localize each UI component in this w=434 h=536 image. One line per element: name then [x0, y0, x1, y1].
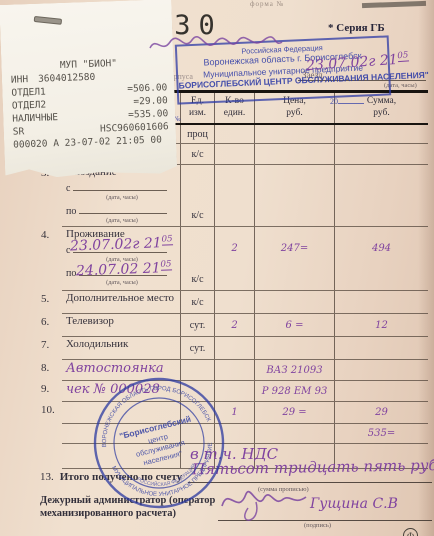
total-sum-cell: 535= — [334, 424, 428, 443]
item-cell: 7. Холодильник — [62, 337, 180, 359]
header-year-20: 20 — [330, 97, 338, 106]
administrator-name-handwritten: Гущина С.В — [310, 496, 398, 512]
price-cell: ВАЗ 21093 — [254, 360, 334, 380]
receipt-sr-label: SR — [13, 125, 25, 138]
item-cell: 4. Проживание с (дата, часы) по (дата, ч… — [62, 227, 180, 290]
item-cell: 10. — [62, 402, 180, 423]
to-date: 24.07.02 21 — [76, 260, 161, 279]
unit-cell: к/с — [180, 165, 214, 226]
from-hours: 05 — [161, 234, 172, 245]
series-label: * Серия ГБ — [328, 22, 385, 34]
row-number: 4. — [41, 229, 49, 241]
unit-cell: проц — [180, 125, 214, 143]
header-qty-line2: един. — [215, 107, 254, 119]
sum-cell — [334, 337, 428, 359]
table-row-total: 535= — [62, 424, 428, 444]
sum-cell: 29 — [334, 402, 428, 423]
unit-cell: к/с — [180, 227, 214, 290]
qty-cell — [214, 381, 254, 401]
date-hint: (дата, часы) — [66, 194, 178, 201]
to-label: по — [66, 206, 76, 217]
unit-cell: к/с — [180, 144, 214, 164]
qty-cell — [214, 165, 254, 226]
unit-cell — [180, 360, 214, 380]
cash-register-receipt: МУП "БИОН" ИНН 3604012580 ОТДЕЛ1 =506.00… — [0, 0, 177, 179]
table-row-lodging: 4. Проживание с (дата, часы) по (дата, ч… — [62, 227, 428, 291]
header-unit-line2: изм. — [181, 107, 214, 119]
sum-in-words-hint: (сумма прописью) — [258, 486, 309, 493]
unit-cell — [180, 402, 214, 423]
table-row-parking-fee: 10. 1 29 = 29 — [62, 402, 428, 424]
signature-line: Гущина С.В (подпись) Ф — [218, 494, 432, 521]
from-label: с — [66, 183, 70, 194]
unit-cell — [180, 424, 214, 443]
qty-cell — [214, 291, 254, 313]
to-label: по — [66, 268, 76, 279]
item-cell: 9. чек № 000028 — [62, 381, 180, 401]
f-circle-mark: Ф — [403, 528, 418, 536]
row-number: 5. — [41, 293, 49, 305]
unit-cell — [180, 381, 214, 401]
total-line-number: 13. — [40, 471, 54, 483]
price-cell: 6 = — [254, 314, 334, 336]
table-row-late: 3. Опоздание с (дата, часы) по (дата, ча… — [62, 165, 428, 227]
sum-cell: 494 — [334, 227, 428, 290]
row-number: 8. — [41, 362, 49, 374]
checkout-date-handwritten: 24.07.02 2105 — [76, 259, 172, 279]
total-line-label: Итого получено по счету — [60, 471, 182, 483]
table-row-tv: 6. Телевизор сут. 2 6 = 12 — [62, 314, 428, 337]
checkin-date-hours: 05 — [397, 50, 409, 62]
date-hint: (дата, часы) — [66, 279, 178, 286]
sum-cell — [334, 291, 428, 313]
item-label: Дополнительное место — [66, 292, 174, 304]
receipt-dept1-label: ОТДЕЛ1 — [11, 85, 46, 99]
qty-cell: 2 — [214, 227, 254, 290]
administrator-label: Дежурный администратор (оператор механиз… — [40, 494, 218, 521]
qty-cell — [214, 424, 254, 443]
total-amount-in-words: Пятьсот тридцать пять рублей — [192, 456, 434, 479]
price-cell — [254, 165, 334, 226]
table-row-extra-bed: 5. Дополнительное место к/с — [62, 291, 428, 314]
administrator-label-line1: Дежурный администратор (оператор — [40, 494, 218, 507]
item-cell — [62, 444, 180, 468]
table-row-check: 9. чек № 000028 Р 928 ЕМ 93 — [62, 381, 428, 402]
item-cell: 5. Дополнительное место — [62, 291, 180, 313]
price-cell — [254, 144, 334, 164]
total-in-words-line: 13. Итого получено по счету Пятьсот трид… — [40, 466, 432, 483]
handwritten-item: Автостоянка — [66, 361, 164, 376]
unit-cell: сут. — [180, 337, 214, 359]
qty-cell: 2 — [214, 314, 254, 336]
sum-cell — [334, 125, 428, 143]
item-cell: 6. Телевизор — [62, 314, 180, 336]
table-row-fridge: 7. Холодильник сут. — [62, 337, 428, 360]
row-number: 7. — [41, 339, 49, 351]
sum-cell — [334, 360, 428, 380]
table-row-parking: 8. Автостоянка ВАЗ 21093 — [62, 360, 428, 381]
sum-cell — [334, 165, 428, 226]
header-sum-line2: руб. — [335, 107, 428, 119]
signature-hint: (подпись) — [304, 522, 331, 529]
total-words-blank-line: Пятьсот тридцать пять рублей — [188, 466, 432, 483]
to-hours: 05 — [160, 259, 171, 270]
form-reference-text: форма № — [250, 0, 284, 8]
price-cell — [254, 291, 334, 313]
item-label: Холодильник — [66, 338, 128, 350]
header-price-line2: руб. — [255, 107, 334, 119]
sum-cell — [334, 144, 428, 164]
item-label: Телевизор — [66, 315, 114, 327]
receipt-inn-label: ИНН — [11, 73, 29, 87]
qty-cell: 1 — [214, 402, 254, 423]
date-hint: (дата, часы) — [66, 217, 178, 224]
price-cell: Р 928 ЕМ 93 — [254, 381, 334, 401]
qty-cell — [214, 360, 254, 380]
price-cell: 29 = — [254, 402, 334, 423]
administrator-signature-block: Дежурный администратор (оператор механиз… — [40, 494, 432, 521]
row-number: 6. — [41, 316, 49, 328]
qty-cell — [214, 144, 254, 164]
scan-edge-artifact — [362, 1, 426, 8]
price-cell — [254, 125, 334, 143]
unit-cell: к/с — [180, 291, 214, 313]
row-number: 10. — [41, 404, 55, 416]
to-blank-line — [79, 204, 167, 214]
from-date: 23.07.02г 21 — [70, 235, 162, 254]
item-cell — [62, 424, 180, 443]
row-number: 9. — [41, 383, 49, 395]
sum-cell — [334, 381, 428, 401]
qty-cell — [214, 337, 254, 359]
receipt-cash-label: НАЛИЧНЫЕ — [12, 111, 58, 126]
scanned-hotel-bill: форма № 130 * Серия ГБ корпуса Заезд (да… — [0, 0, 434, 536]
item-cell: 8. Автостоянка — [62, 360, 180, 380]
handwritten-item: чек № 000028 — [66, 382, 160, 397]
receipt-dept2-value: =29.00 — [133, 94, 168, 108]
administrator-label-line2: механизированного расчета) — [40, 507, 218, 520]
price-cell — [254, 337, 334, 359]
price-cell — [254, 424, 334, 443]
qty-cell — [214, 125, 254, 143]
price-cell: 247= — [254, 227, 334, 290]
from-blank-line — [73, 181, 167, 191]
staple — [34, 16, 62, 25]
receipt-dept2-label: ОТДЕЛ2 — [12, 98, 47, 112]
unit-cell: сут. — [180, 314, 214, 336]
sum-cell: 12 — [334, 314, 428, 336]
receipt-inn-value: 3604012580 — [38, 71, 96, 86]
